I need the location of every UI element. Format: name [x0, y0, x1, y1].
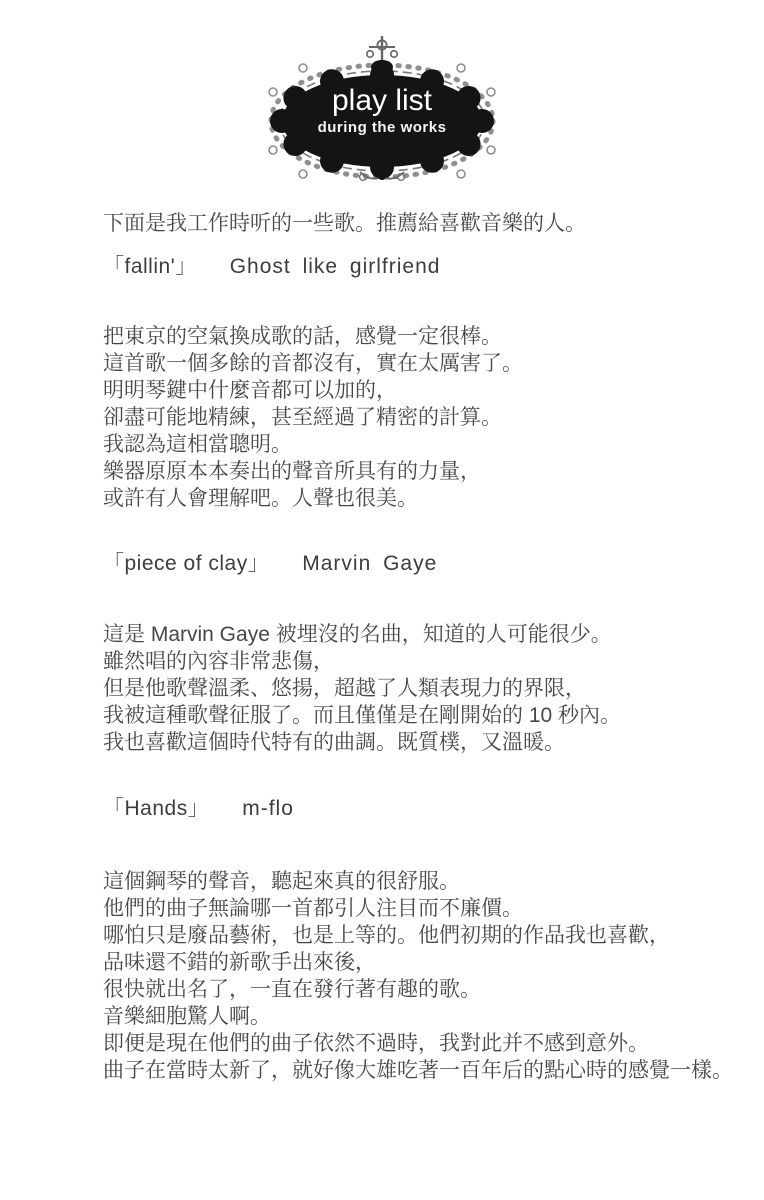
text-line: 我被這種歌聲征服了。而且僅僅是在剛開始的 10 秒內。 [103, 702, 746, 729]
song-heading-piece-of-clay: 「piece of clay」Marvin Gaye [103, 550, 746, 577]
song-title: 「piece of clay」 [103, 552, 269, 575]
song-title: 「Hands」 [103, 797, 209, 820]
text-line: 樂器原原本本奏出的聲音所具有的力量， [103, 458, 746, 485]
text-line: 即便是現在他們的曲子依然不過時，我對此并不感到意外。 [103, 1030, 746, 1057]
text-line: 音樂細胞驚人啊。 [103, 1003, 746, 1030]
song-heading-hands: 「Hands」m-flo [103, 795, 746, 822]
song-heading-fallin: 「fallin'」Ghost like girlfriend [103, 253, 746, 280]
artist-name: m-flo [242, 797, 294, 820]
ornate-frame-graphic: play list during the works [257, 26, 507, 186]
text-line: 雖然唱的內容非常悲傷， [103, 648, 746, 675]
text-line: 很快就出名了，一直在發行著有趣的歌。 [103, 976, 746, 1003]
text-line: 卻盡可能地精練，甚至經過了精密的計算。 [103, 404, 746, 431]
text-line: 我也喜歡這個時代特有的曲調。既質樸，又溫暖。 [103, 729, 746, 756]
badge-subtitle: during the works [318, 119, 447, 136]
song-commentary-hands: 這個鋼琴的聲音，聽起來真的很舒服。 他們的曲子無論哪一首都引人注目而不廉價。 哪… [103, 868, 746, 1084]
text-line: 這是 Marvin Gaye 被埋沒的名曲，知道的人可能很少。 [103, 621, 746, 648]
text-line: 曲子在當時太新了，就好像大雄吃著一百年后的點心時的感覺一樣。 [103, 1057, 746, 1084]
pendant-ornament-icon [360, 172, 405, 180]
text-line: 這個鋼琴的聲音，聽起來真的很舒服。 [103, 868, 746, 895]
text-line: 把東京的空氣換成歌的話，感覺一定很棒。 [103, 323, 746, 350]
text-line: 品味還不錯的新歌手出來後， [103, 949, 746, 976]
text-line: 明明琴鍵中什麼音都可以加的， [103, 377, 746, 404]
text-line: 哪怕只是廢品藝術，也是上等的。他們初期的作品我也喜歡， [103, 922, 746, 949]
text-line: 這首歌一個多餘的音都沒有，實在太厲害了。 [103, 350, 746, 377]
text-line: 我認為這相當聰明。 [103, 431, 746, 458]
text-line: 或許有人會理解吧。人聲也很美。 [103, 485, 746, 512]
playlist-badge: play list during the works [257, 26, 507, 186]
badge-title: play list [332, 84, 433, 117]
song-commentary-piece-of-clay: 這是 Marvin Gaye 被埋沒的名曲，知道的人可能很少。 雖然唱的內容非常… [103, 621, 746, 756]
text-line: 他們的曲子無論哪一首都引人注目而不廉價。 [103, 895, 746, 922]
artist-name: Marvin Gaye [302, 552, 437, 575]
article-body: 下面是我工作時听的一些歌。推薦給喜歡音樂的人。 「fallin'」Ghost l… [103, 210, 746, 1084]
artist-name: Ghost like girlfriend [230, 255, 441, 278]
text-line: 但是他歌聲溫柔、悠揚，超越了人類表現力的界限， [103, 675, 746, 702]
intro-text: 下面是我工作時听的一些歌。推薦給喜歡音樂的人。 [103, 210, 746, 237]
song-title: 「fallin'」 [103, 255, 197, 278]
page-root: play list during the works 下面是我工作時听的一些歌。… [0, 26, 764, 1084]
song-commentary-fallin: 把東京的空氣換成歌的話，感覺一定很棒。 這首歌一個多餘的音都沒有，實在太厲害了。… [103, 323, 746, 512]
